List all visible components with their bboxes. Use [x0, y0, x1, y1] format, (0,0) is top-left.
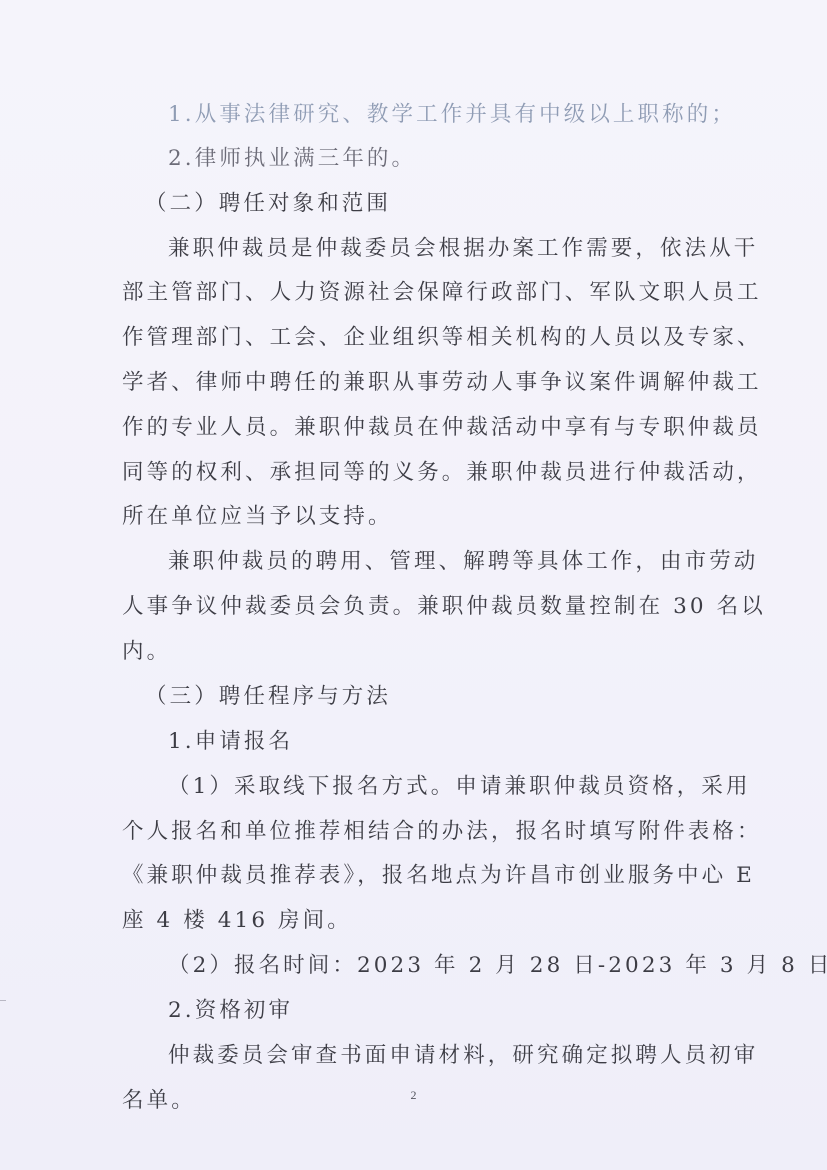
page-number: 2 [0, 1088, 827, 1103]
text-line-1: 1.从事法律研究、教学工作并具有中级以上职称的； [168, 104, 748, 126]
section-heading-3: （三）聘任程序与方法 [145, 686, 725, 708]
text-line-19: 座 4 楼 416 房间。 [122, 910, 702, 932]
document-page: 1.从事法律研究、教学工作并具有中级以上职称的； 2.律师执业满三年的。 （二）… [0, 0, 827, 1170]
text-line-7: 学者、律师中聘任的兼职从事劳动人事争议案件调解仲裁工 [122, 372, 702, 394]
text-line-16: （1）采取线下报名方式。申请兼职仲裁员资格，采用 [168, 776, 748, 798]
text-line-22: 仲裁委员会审查书面申请材料，研究确定拟聘人员初审 [168, 1045, 748, 1067]
text-line-5: 部主管部门、人力资源社会保障行政部门、军队文职人员工 [122, 282, 702, 304]
text-line-18: 《兼职仲裁员推荐表》，报名地点为许昌市创业服务中心 E [122, 865, 702, 887]
text-line-4: 兼职仲裁员是仲裁委员会根据办案工作需要，依法从干 [168, 238, 748, 260]
scan-edge-mark [0, 1000, 6, 1001]
text-line-11: 兼职仲裁员的聘用、管理、解聘等具体工作，由市劳动 [168, 551, 748, 573]
text-line-10: 所在单位应当予以支持。 [122, 506, 702, 528]
text-line-8: 作的专业人员。兼职仲裁员在仲裁活动中享有与专职仲裁员 [122, 417, 702, 439]
text-line-13: 内。 [122, 641, 702, 663]
text-line-6: 作管理部门、工会、企业组织等相关机构的人员以及专家、 [122, 327, 702, 349]
text-line-20: （2）报名时间：2023 年 2 月 28 日-2023 年 3 月 8 日。 [168, 955, 748, 977]
text-line-9: 同等的权利、承担同等的义务。兼职仲裁员进行仲裁活动， [122, 462, 702, 484]
text-line-12: 人事争议仲裁委员会负责。兼职仲裁员数量控制在 30 名以 [122, 596, 702, 618]
text-line-2: 2.律师执业满三年的。 [168, 148, 748, 170]
text-line-17: 个人报名和单位推荐相结合的办法，报名时填写附件表格： [122, 821, 702, 843]
subheading-review: 2.资格初审 [168, 1000, 748, 1022]
section-heading-2: （二）聘任对象和范围 [145, 193, 725, 215]
subheading-apply: 1.申请报名 [168, 731, 748, 753]
